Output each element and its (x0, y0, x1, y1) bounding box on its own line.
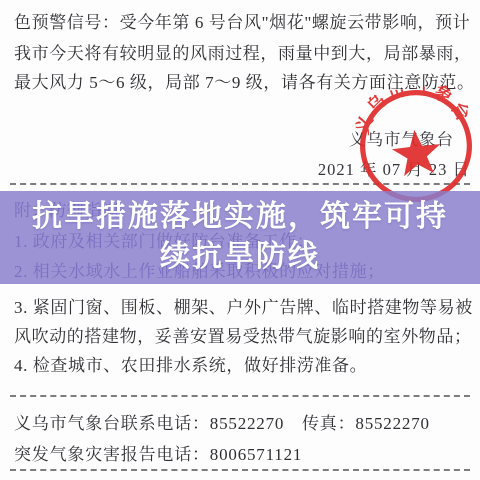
guide-item-4: 4. 检查城市、农田排水系统，做好排涝准备。 (14, 351, 470, 376)
dashed-divider-bottom (10, 469, 470, 471)
headline-banner: 附：防御指南 1. 政府及相关部门做好防台准备工作； 2. 相关水域水上作业船舶… (0, 191, 480, 284)
notice-document: 色预警信号：受今年第 6 号台风"烟花"螺旋云带影响，预计 我市今天将有较明显的… (0, 0, 480, 480)
dashed-divider-middle (10, 395, 470, 397)
warning-text-line-2: 我市今天将有较明显的风雨过程，雨量中到大，局部暴雨， (14, 39, 470, 64)
warning-text-line-1: 色预警信号：受今年第 6 号台风"烟花"螺旋云带影响，预计 (14, 8, 470, 33)
stamp-star-icon (390, 127, 443, 177)
overlay-headline: 抗旱措施落地实施，筑牢可持 续抗旱防线 (0, 197, 480, 277)
overlay-headline-line-2: 续抗旱防线 (0, 237, 480, 277)
guide-item-3-line-1: 3. 紧固门窗、围板、棚架、户外广告牌、临时搭建物等易被 (14, 293, 470, 318)
contact-emergency-phone: 突发气象灾害报告电话：8006571121 (14, 440, 302, 465)
guide-item-3-line-2: 风吹动的搭建物，妥善安置易受热带气旋影响的室外物品； (14, 322, 470, 347)
overlay-headline-line-1: 抗旱措施落地实施，筑牢可持 (0, 197, 480, 237)
contact-phone-fax: 义乌市气象台联系电话：85522270 传真：85522270 (14, 409, 430, 434)
